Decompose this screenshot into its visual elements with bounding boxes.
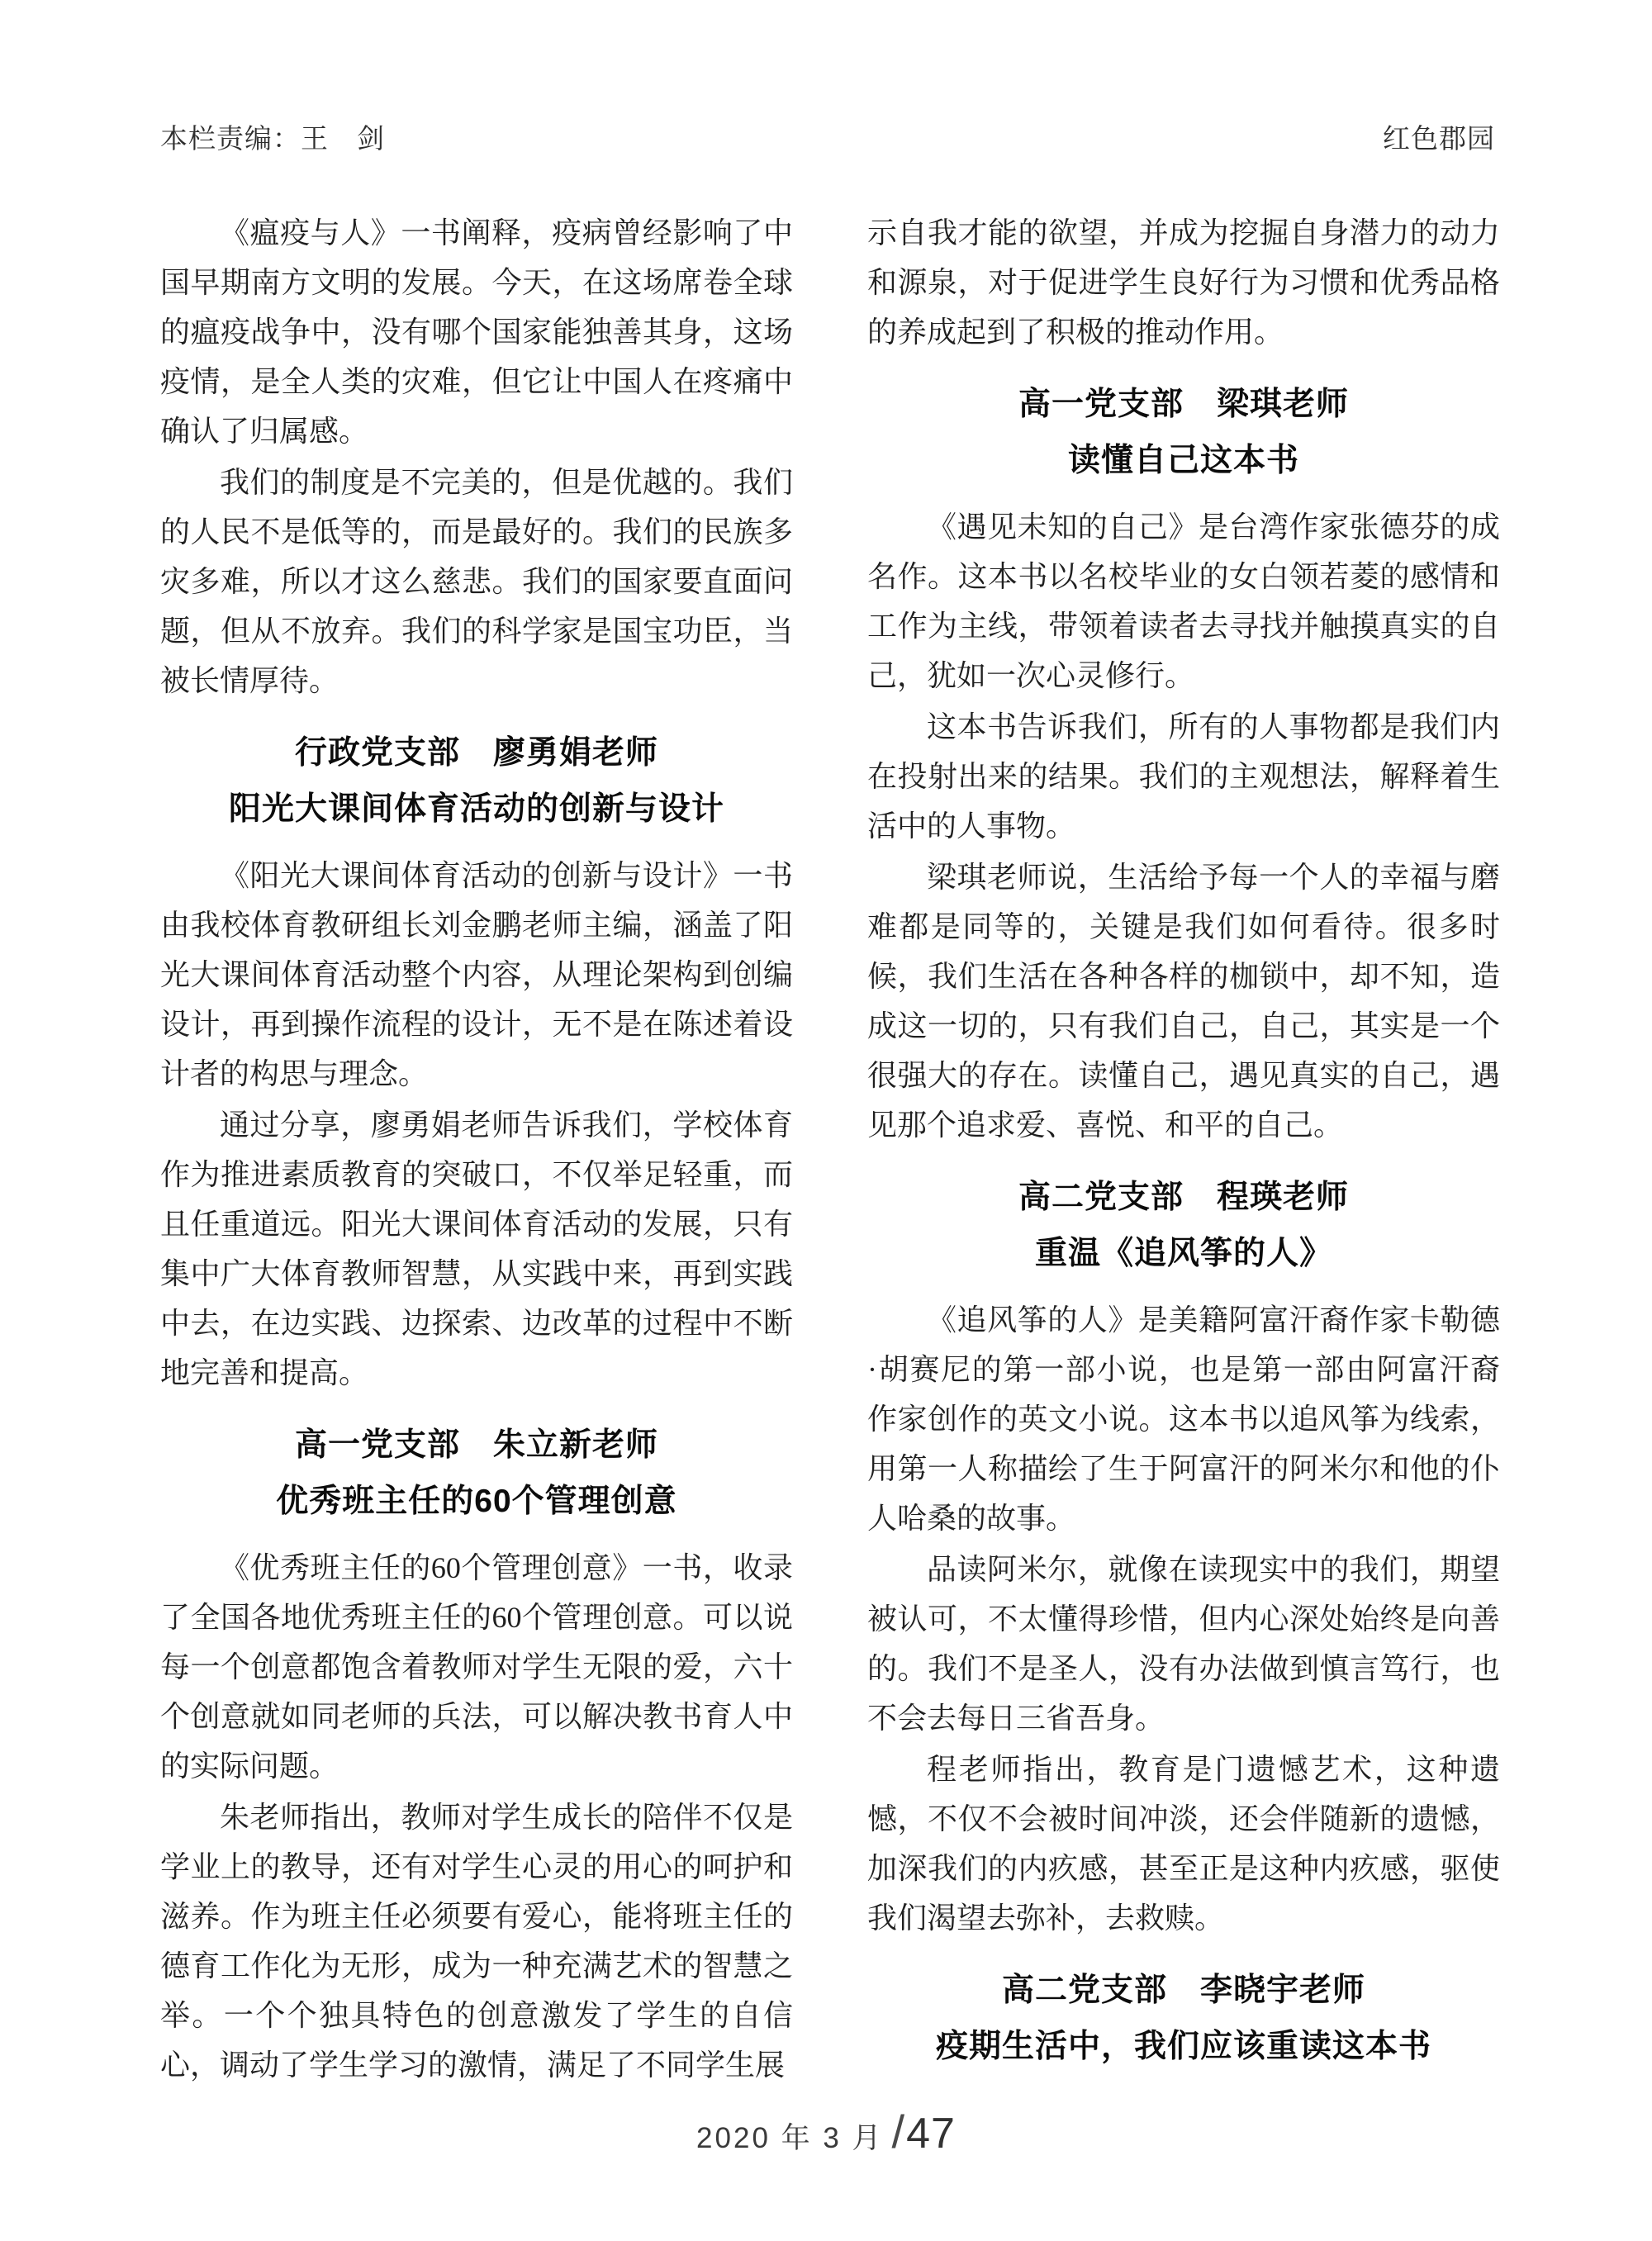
body-paragraph: 《瘟疫与人》一书阐释，疫病曾经影响了中国早期南方文明的发展。今天，在这场席卷全球… <box>160 208 793 456</box>
footer-page-number: 47 <box>906 2109 956 2158</box>
body-paragraph: 这本书告诉我们，所有的人事物都是我们内在投射出来的结果。我们的主观想法，解释着生… <box>867 702 1500 851</box>
heading-book-title: 优秀班主任的60个管理创意 <box>160 1474 793 1530</box>
page-footer: 2020 年 3 月 / 47 <box>696 2105 956 2158</box>
body-paragraph: 《追风筝的人》是美籍阿富汗裔作家卡勒德·胡赛尼的第一部小说，也是第一部由阿富汗裔… <box>867 1295 1500 1543</box>
body-paragraph: 《阳光大课间体育活动的创新与设计》一书由我校体育教研组长刘金鹏老师主编，涵盖了阳… <box>160 851 793 1099</box>
body-paragraph: 通过分享，廖勇娟老师告诉我们，学校体育作为推进素质教育的突破口，不仅举足轻重，而… <box>160 1100 793 1398</box>
text-column-left: 《瘟疫与人》一书阐释，疫病曾经影响了中国早期南方文明的发展。今天，在这场席卷全球… <box>160 208 793 2091</box>
heading-branch-and-teacher: 行政党支部 廖勇娟老师 <box>160 725 793 781</box>
heading-branch-and-teacher: 高一党支部 梁琪老师 <box>867 377 1500 433</box>
body-paragraph: 品读阿米尔，就像在读现实中的我们，期望被认可，不太懂得珍惜，但内心深处始终是向善… <box>867 1545 1500 1743</box>
heading-book-title: 重温《追风筝的人》 <box>867 1226 1500 1282</box>
section-heading: 高一党支部 梁琪老师读懂自己这本书 <box>867 377 1500 489</box>
body-paragraph: 梁琪老师说，生活给予每一个人的幸福与磨难都是同等的，关键是我们如何看待。很多时候… <box>867 852 1500 1150</box>
body-paragraph: 程老师指出，教育是门遗憾艺术，这种遗憾，不仅不会被时间冲淡，还会伴随新的遗憾，加… <box>867 1745 1500 1943</box>
section-heading: 高二党支部 程瑛老师重温《追风筝的人》 <box>867 1170 1500 1282</box>
body-paragraph: 示自我才能的欲望，并成为挖掘自身潜力的动力和源泉，对于促进学生良好行为习惯和优秀… <box>867 208 1500 357</box>
header-column-title: 红色郡园 <box>1383 122 1495 155</box>
heading-book-title: 阳光大课间体育活动的创新与设计 <box>160 781 793 838</box>
heading-branch-and-teacher: 高二党支部 李晓宇老师 <box>867 1963 1500 2019</box>
body-paragraph: 《遇见未知的自己》是台湾作家张德芬的成名作。这本书以名校毕业的女白领若菱的感情和… <box>867 502 1500 700</box>
header-editor-credit: 本栏责编：王 剑 <box>160 122 385 155</box>
body-paragraph: 我们的制度是不完美的，但是优越的。我们的人民不是低等的，而是最好的。我们的民族多… <box>160 458 793 705</box>
footer-slash: / <box>892 2105 905 2158</box>
body-paragraph: 《优秀班主任的60个管理创意》一书，收录了全国各地优秀班主任的60个管理创意。可… <box>160 1543 793 1791</box>
magazine-page: 本栏责编：王 剑 红色郡园 《瘟疫与人》一书阐释，疫病曾经影响了中国早期南方文明… <box>0 0 1652 2241</box>
text-column-right: 示自我才能的欲望，并成为挖掘自身潜力的动力和源泉，对于促进学生良好行为习惯和优秀… <box>867 208 1500 2088</box>
section-heading: 行政党支部 廖勇娟老师阳光大课间体育活动的创新与设计 <box>160 725 793 838</box>
section-heading: 高二党支部 李晓宇老师疫期生活中，我们应该重读这本书 <box>867 1963 1500 2075</box>
heading-book-title: 疫期生活中，我们应该重读这本书 <box>867 2019 1500 2075</box>
heading-branch-and-teacher: 高二党支部 程瑛老师 <box>867 1170 1500 1226</box>
heading-branch-and-teacher: 高一党支部 朱立新老师 <box>160 1417 793 1474</box>
body-paragraph: 朱老师指出，教师对学生成长的陪伴不仅是学业上的教导，还有对学生心灵的用心的呵护和… <box>160 1792 793 2090</box>
heading-book-title: 读懂自己这本书 <box>867 433 1500 489</box>
running-header: 本栏责编：王 剑 红色郡园 <box>160 122 1495 155</box>
footer-date: 2020 年 3 月 <box>696 2115 884 2157</box>
section-heading: 高一党支部 朱立新老师优秀班主任的60个管理创意 <box>160 1417 793 1530</box>
